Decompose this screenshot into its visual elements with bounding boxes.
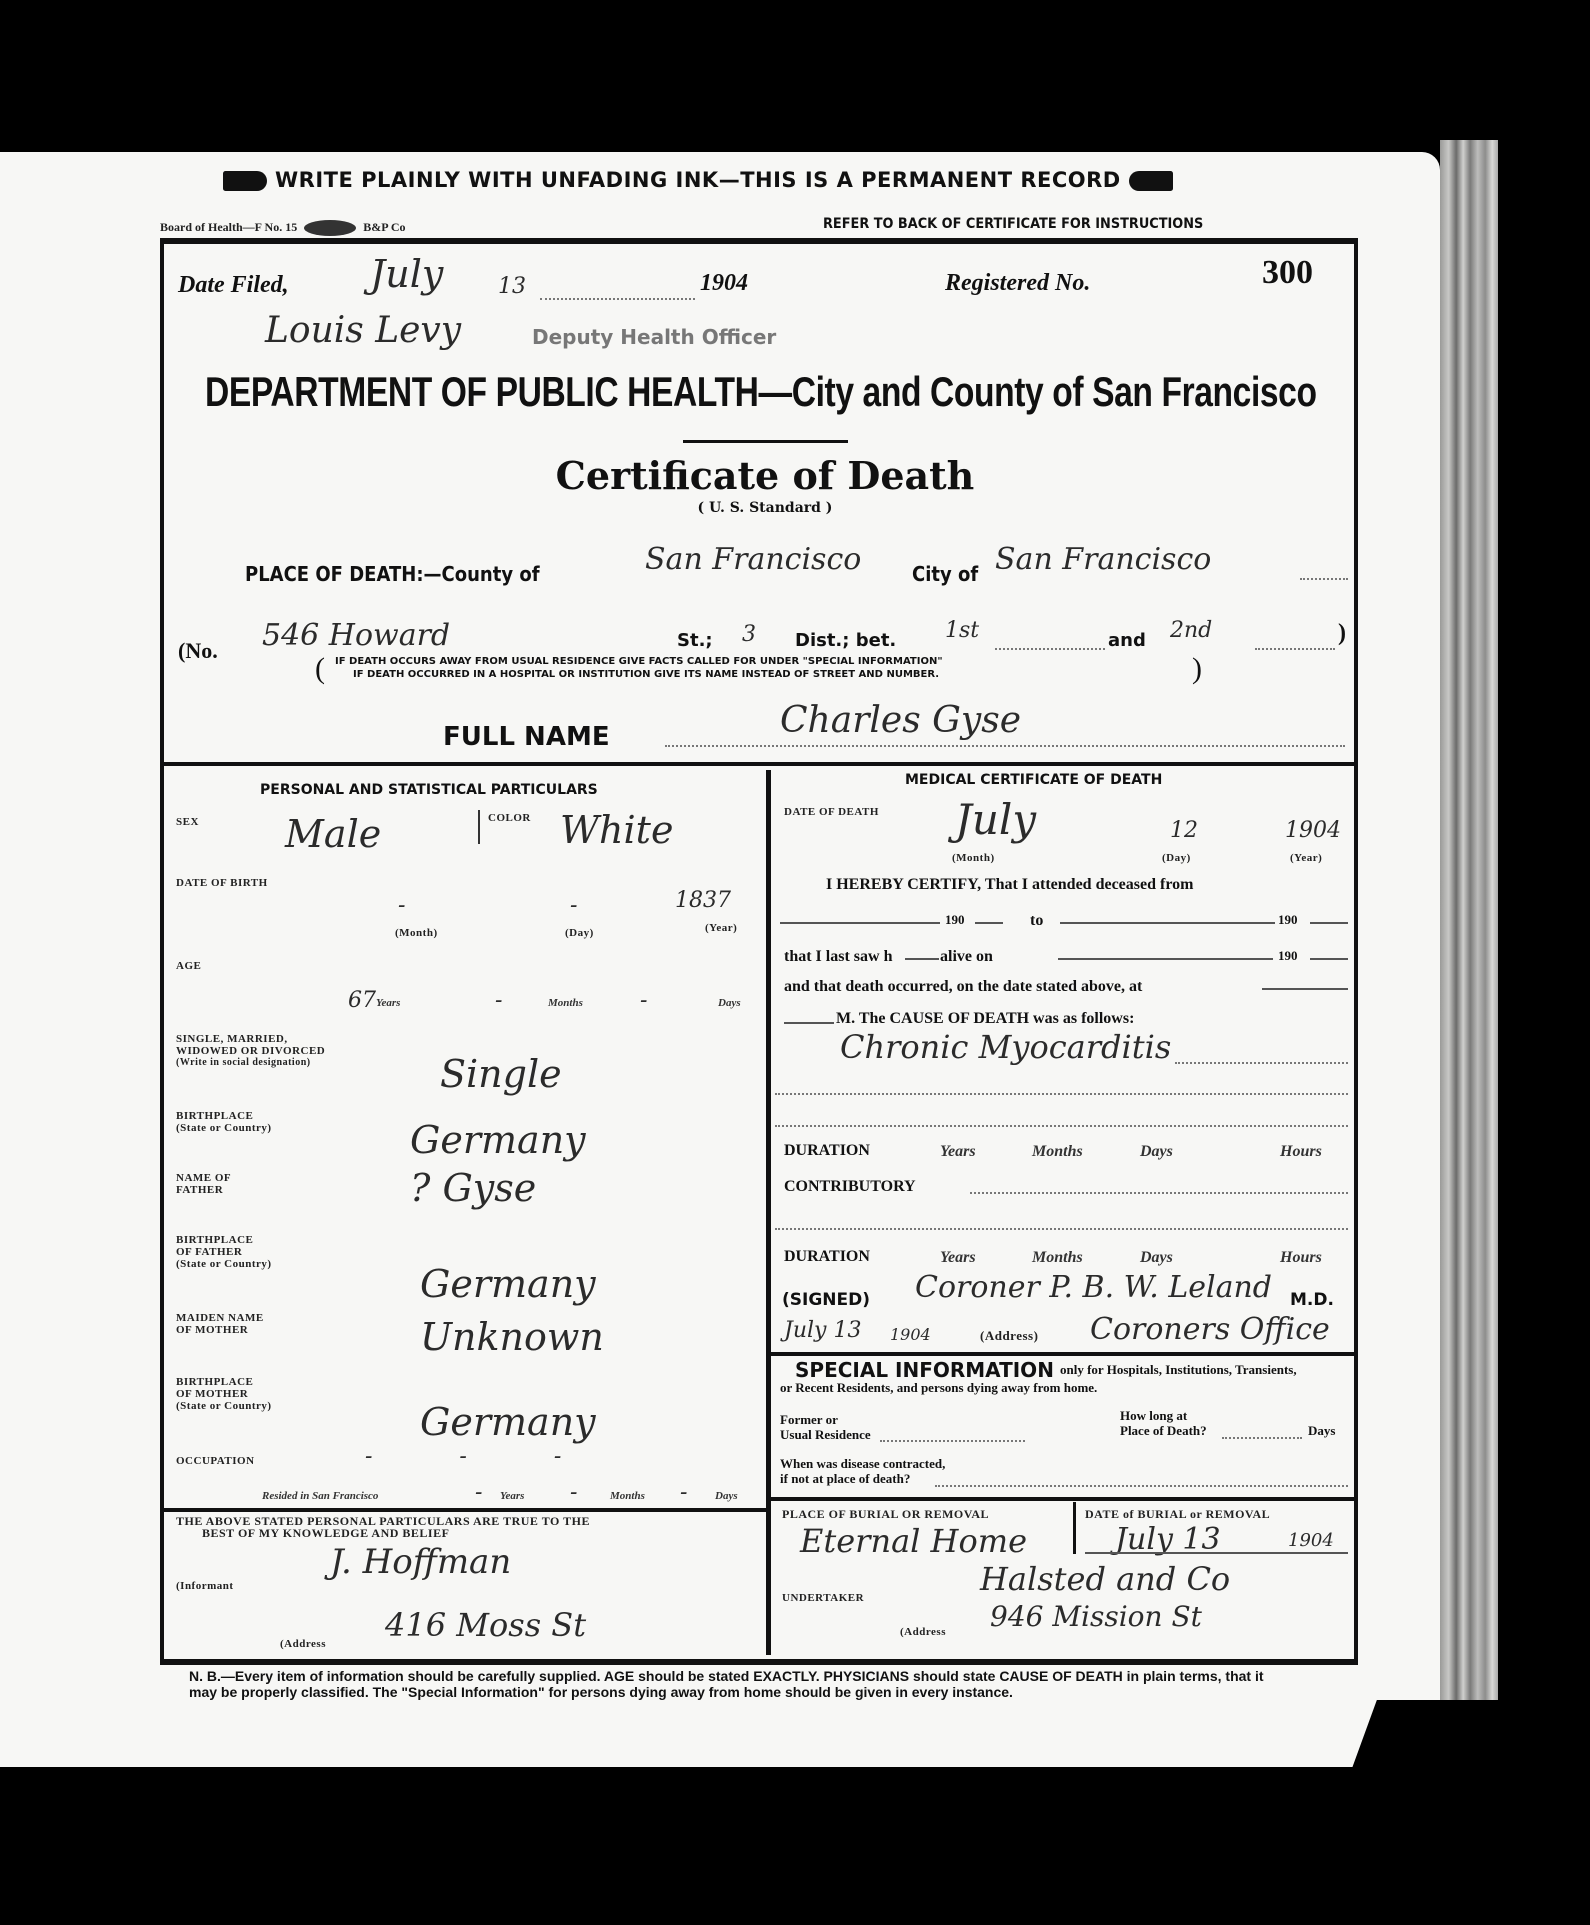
footnote: N. B.—Every item of information should b… bbox=[189, 1668, 1269, 1700]
resided-days: - bbox=[680, 1480, 687, 1505]
from-year-prefix: 190 bbox=[945, 912, 965, 928]
special-info-note-2: or Recent Residents, and persons dying a… bbox=[780, 1380, 1097, 1396]
undertaker-address-label: (Address bbox=[900, 1626, 946, 1638]
printer-name: B&P Co bbox=[363, 220, 405, 234]
occupation-label: OCCUPATION bbox=[176, 1455, 255, 1467]
marital-label-line: WIDOWED OR DIVORCED bbox=[176, 1045, 325, 1057]
marital-label-line: (Write in social designation) bbox=[176, 1057, 325, 1069]
special-info-note: only for Hospitals, Institutions, Transi… bbox=[1060, 1362, 1297, 1378]
mother-label-line: MAIDEN NAME bbox=[176, 1312, 264, 1324]
cause-line-2 bbox=[775, 1093, 1348, 1095]
resided-years: - bbox=[475, 1480, 482, 1505]
signed-address: Coroners Office bbox=[1090, 1312, 1330, 1347]
us-standard-label: ( U. S. Standard ) bbox=[0, 500, 1530, 516]
between-line-1 bbox=[995, 648, 1105, 650]
death-occurred-label: and that death occurred, on the date sta… bbox=[784, 978, 1142, 996]
informant-statement: THE ABOVE STATED PERSONAL PARTICULARS AR… bbox=[176, 1515, 590, 1539]
dob-month: - bbox=[398, 893, 405, 918]
mother-bp-label-line: (State or Country) bbox=[176, 1400, 272, 1412]
certificate-title: Certificate of Death bbox=[0, 453, 1530, 498]
undertaker-name: Halsted and Co bbox=[980, 1560, 1230, 1598]
howlong-label-line: Place of Death? bbox=[1120, 1423, 1207, 1438]
residence-note-1: IF DEATH OCCURS AWAY FROM USUAL RESIDENC… bbox=[335, 656, 943, 667]
age-days: - bbox=[640, 988, 647, 1013]
union-seal-icon bbox=[304, 220, 356, 236]
death-month-label: (Month) bbox=[952, 852, 995, 864]
former-label-line: Former or bbox=[780, 1412, 871, 1427]
to-label: to bbox=[1030, 912, 1043, 930]
personal-section-title: PERSONAL AND STATISTICAL PARTICULARS bbox=[260, 782, 598, 798]
sex-value: Male bbox=[285, 812, 381, 856]
mother-name-label: MAIDEN NAME OF MOTHER bbox=[176, 1312, 264, 1336]
death-day: 12 bbox=[1170, 818, 1198, 843]
registered-number: 300 bbox=[1262, 254, 1313, 292]
sex-label: SEX bbox=[176, 816, 199, 828]
alive-on-label: alive on bbox=[940, 948, 993, 966]
between-street-2: 2nd bbox=[1170, 618, 1212, 643]
duration-years-label: Years bbox=[940, 1143, 976, 1161]
full-name-value: Charles Gyse bbox=[780, 700, 1021, 741]
burial-divider bbox=[769, 1497, 1354, 1501]
how-long-line bbox=[1222, 1437, 1302, 1439]
open-paren: ( bbox=[315, 652, 325, 686]
to-year-line bbox=[1310, 922, 1348, 924]
mother-name-value: Unknown bbox=[420, 1315, 604, 1359]
section-divider bbox=[164, 762, 1354, 766]
age-months: - bbox=[495, 988, 502, 1013]
signed-date: July 13 bbox=[784, 1318, 861, 1343]
burial-date-line bbox=[1085, 1552, 1348, 1554]
how-long-label: How long at Place of Death? bbox=[1120, 1408, 1207, 1438]
close-paren-note: ) bbox=[1192, 652, 1202, 686]
to-date-line bbox=[1060, 922, 1275, 924]
special-info-title: SPECIAL INFORMATION bbox=[795, 1358, 1054, 1382]
burial-place-label: PLACE OF BURIAL OR REMOVAL bbox=[782, 1508, 989, 1520]
city-line bbox=[1300, 578, 1348, 580]
to-year-prefix: 190 bbox=[1278, 912, 1298, 928]
street-number-label: (No. bbox=[178, 638, 218, 664]
dob-year-label: (Year) bbox=[705, 922, 737, 934]
signed-year: 1904 bbox=[890, 1325, 931, 1344]
cause-line bbox=[1175, 1062, 1348, 1064]
resided-years-label: Years bbox=[500, 1490, 524, 1502]
howlong-label-line: How long at bbox=[1120, 1408, 1207, 1423]
former-residence-line bbox=[880, 1440, 1025, 1442]
age-days-label: Days bbox=[718, 997, 741, 1009]
occupation-value: - - - bbox=[365, 1444, 601, 1469]
resided-days-label: Days bbox=[715, 1490, 738, 1502]
city-value: San Francisco bbox=[995, 542, 1211, 577]
death-year: 1904 bbox=[1285, 818, 1341, 843]
dob-year: 1837 bbox=[675, 888, 731, 913]
date-filed-label: Date Filed, bbox=[178, 272, 289, 299]
former-label-line: Usual Residence bbox=[780, 1427, 871, 1442]
date-filed-day: 13 bbox=[498, 274, 526, 299]
pointing-hand-icon bbox=[1129, 171, 1173, 191]
place-of-death-label: PLACE OF DEATH:—County of bbox=[245, 562, 540, 586]
pronoun-line bbox=[905, 958, 939, 960]
color-label: COLOR bbox=[488, 812, 531, 824]
registered-label: Registered No. bbox=[945, 270, 1090, 297]
mother-birthplace-value: Germany bbox=[420, 1400, 596, 1444]
informant-statement-line: BEST OF MY KNOWLEDGE AND BELIEF bbox=[176, 1527, 590, 1539]
former-residence-label: Former or Usual Residence bbox=[780, 1412, 871, 1442]
between-line-2 bbox=[1255, 648, 1335, 650]
father-name-value: ? Gyse bbox=[410, 1166, 536, 1210]
duration-label: DURATION bbox=[784, 1142, 870, 1160]
last-saw-date-line bbox=[1058, 958, 1273, 960]
undertaker-address: 946 Mission St bbox=[990, 1600, 1202, 1633]
date-filed-year: 1904 bbox=[700, 270, 748, 297]
cause-label: M. The CAUSE OF DEATH was as follows: bbox=[836, 1010, 1134, 1028]
burial-place: Eternal Home bbox=[800, 1522, 1027, 1560]
mother-bp-label-line: OF MOTHER bbox=[176, 1388, 272, 1400]
father-bp-label-line: BIRTHPLACE bbox=[176, 1234, 272, 1246]
duration2-months-label: Months bbox=[1032, 1249, 1083, 1267]
father-birthplace-label: BIRTHPLACE OF FATHER (State or Country) bbox=[176, 1234, 272, 1270]
district-label: Dist.; bet. bbox=[795, 630, 896, 651]
father-label-line: NAME OF bbox=[176, 1172, 231, 1184]
duration-months-label: Months bbox=[1032, 1143, 1083, 1161]
resided-months-label: Months bbox=[610, 1490, 645, 1502]
ink-warning-banner: WRITE PLAINLY WITH UNFADING INK—THIS IS … bbox=[215, 168, 1181, 192]
cause-line-3 bbox=[775, 1125, 1348, 1127]
full-name-line bbox=[665, 745, 1345, 747]
informant-label: (Informant bbox=[176, 1580, 234, 1592]
burial-date-label: DATE of BURIAL or REMOVAL bbox=[1085, 1508, 1270, 1520]
duration2-years-label: Years bbox=[940, 1249, 976, 1267]
officer-signature: Louis Levy bbox=[265, 310, 461, 351]
informant-address: 416 Moss St bbox=[385, 1606, 586, 1644]
column-divider bbox=[766, 770, 771, 1655]
district-number: 3 bbox=[742, 622, 756, 647]
father-label-line: FATHER bbox=[176, 1184, 231, 1196]
instructions-note: REFER TO BACK OF CERTIFICATE FOR INSTRUC… bbox=[823, 216, 1203, 232]
date-filed-line bbox=[540, 298, 695, 300]
marital-label: SINGLE, MARRIED, WIDOWED OR DIVORCED (Wr… bbox=[176, 1033, 325, 1069]
father-bp-label-line: (State or Country) bbox=[176, 1258, 272, 1270]
cause-of-death: Chronic Myocarditis bbox=[840, 1028, 1171, 1066]
death-month: July bbox=[955, 795, 1036, 844]
signed-label: (SIGNED) bbox=[782, 1290, 870, 1310]
duration2-label: DURATION bbox=[784, 1248, 870, 1266]
and-label: and bbox=[1108, 630, 1146, 651]
date-filed-month: July bbox=[370, 252, 443, 296]
last-saw-year-prefix: 190 bbox=[1278, 948, 1298, 964]
age-months-label: Months bbox=[548, 997, 583, 1009]
date-of-death-label: DATE OF DEATH bbox=[784, 806, 879, 818]
form-id: Board of Health—F No. 15 B&P Co bbox=[160, 220, 406, 236]
banner-text: WRITE PLAINLY WITH UNFADING INK—THIS IS … bbox=[275, 168, 1121, 192]
street-label: St.; bbox=[677, 630, 713, 651]
county-value: San Francisco bbox=[645, 542, 861, 577]
dob-day-label: (Day) bbox=[565, 927, 594, 939]
department-title: DEPARTMENT OF PUBLIC HEALTH—City and Cou… bbox=[205, 368, 1317, 416]
birthplace-value: Germany bbox=[410, 1118, 586, 1162]
contributory-line bbox=[970, 1192, 1348, 1194]
burial-column-divider bbox=[1073, 1502, 1076, 1554]
dob-month-label: (Month) bbox=[395, 927, 438, 939]
special-info-divider bbox=[769, 1352, 1354, 1356]
age-years: 67 bbox=[348, 988, 376, 1013]
father-name-label: NAME OF FATHER bbox=[176, 1172, 231, 1196]
mother-birthplace-label: BIRTHPLACE OF MOTHER (State or Country) bbox=[176, 1376, 272, 1412]
birthplace-label-line: (State or Country) bbox=[176, 1122, 272, 1134]
how-long-days-label: Days bbox=[1308, 1423, 1335, 1439]
death-day-label: (Day) bbox=[1162, 852, 1191, 864]
burial-year: 1904 bbox=[1288, 1530, 1334, 1551]
duration-days-label: Days bbox=[1140, 1143, 1173, 1161]
contributory-label: CONTRIBUTORY bbox=[784, 1178, 916, 1196]
certify-statement: I HEREBY CERTIFY, That I attended deceas… bbox=[826, 876, 1193, 894]
last-saw-label: that I last saw h bbox=[784, 948, 892, 966]
dob-label: DATE OF BIRTH bbox=[176, 877, 268, 889]
undertaker-label: UNDERTAKER bbox=[782, 1592, 864, 1604]
duration-hours-label: Hours bbox=[1280, 1143, 1322, 1161]
sex-color-divider bbox=[478, 810, 480, 844]
duration2-hours-label: Hours bbox=[1280, 1249, 1322, 1267]
disease-contracted-line bbox=[935, 1485, 1348, 1487]
contracted-label-line: When was disease contracted, bbox=[780, 1456, 945, 1471]
between-street-1: 1st bbox=[945, 618, 979, 643]
medical-section-title: MEDICAL CERTIFICATE OF DEATH bbox=[905, 772, 1162, 788]
informant-address-label: (Address bbox=[280, 1638, 326, 1650]
street-address: 546 Howard bbox=[262, 618, 450, 653]
informant-divider bbox=[164, 1508, 768, 1512]
form-number: Board of Health—F No. 15 bbox=[160, 220, 297, 234]
signed-by: Coroner P. B. W. Leland bbox=[915, 1270, 1272, 1305]
md-label: M.D. bbox=[1290, 1290, 1334, 1310]
city-label: City of bbox=[912, 562, 978, 586]
mother-bp-label-line: BIRTHPLACE bbox=[176, 1376, 272, 1388]
birthplace-label-line: BIRTHPLACE bbox=[176, 1110, 272, 1122]
resided-months: - bbox=[570, 1480, 577, 1505]
contracted-label-line: if not at place of death? bbox=[780, 1471, 945, 1486]
pointing-hand-icon bbox=[223, 171, 267, 191]
from-year-line bbox=[975, 922, 1003, 924]
mother-label-line: OF MOTHER bbox=[176, 1324, 264, 1336]
age-years-label: Years bbox=[376, 997, 400, 1009]
color-value: White bbox=[560, 808, 673, 852]
book-spine bbox=[1440, 140, 1498, 1700]
marital-label-line: SINGLE, MARRIED, bbox=[176, 1033, 325, 1045]
birthplace-label: BIRTHPLACE (State or Country) bbox=[176, 1110, 272, 1134]
from-date-line bbox=[780, 922, 940, 924]
ampm-line bbox=[784, 1022, 834, 1024]
contributory-line-2 bbox=[775, 1228, 1348, 1230]
residence-note-2: IF DEATH OCCURRED IN A HOSPITAL OR INSTI… bbox=[353, 669, 939, 680]
full-name-label: FULL NAME bbox=[443, 722, 610, 752]
officer-title-stamp: Deputy Health Officer bbox=[532, 325, 776, 349]
dob-day: - bbox=[570, 893, 577, 918]
father-birthplace-value: Germany bbox=[420, 1262, 596, 1306]
title-rule bbox=[683, 440, 848, 443]
time-line bbox=[1262, 988, 1348, 990]
informant-name: J. Hoffman bbox=[330, 1542, 511, 1582]
death-year-label: (Year) bbox=[1290, 852, 1322, 864]
marital-value: Single bbox=[440, 1052, 562, 1096]
last-saw-year-line bbox=[1310, 958, 1348, 960]
duration2-days-label: Days bbox=[1140, 1249, 1173, 1267]
signed-address-label: (Address) bbox=[980, 1330, 1038, 1342]
resided-label: Resided in San Francisco bbox=[262, 1490, 378, 1502]
age-label: AGE bbox=[176, 960, 201, 972]
father-bp-label-line: OF FATHER bbox=[176, 1246, 272, 1258]
close-paren: ) bbox=[1338, 620, 1346, 647]
disease-contracted-label: When was disease contracted, if not at p… bbox=[780, 1456, 945, 1486]
